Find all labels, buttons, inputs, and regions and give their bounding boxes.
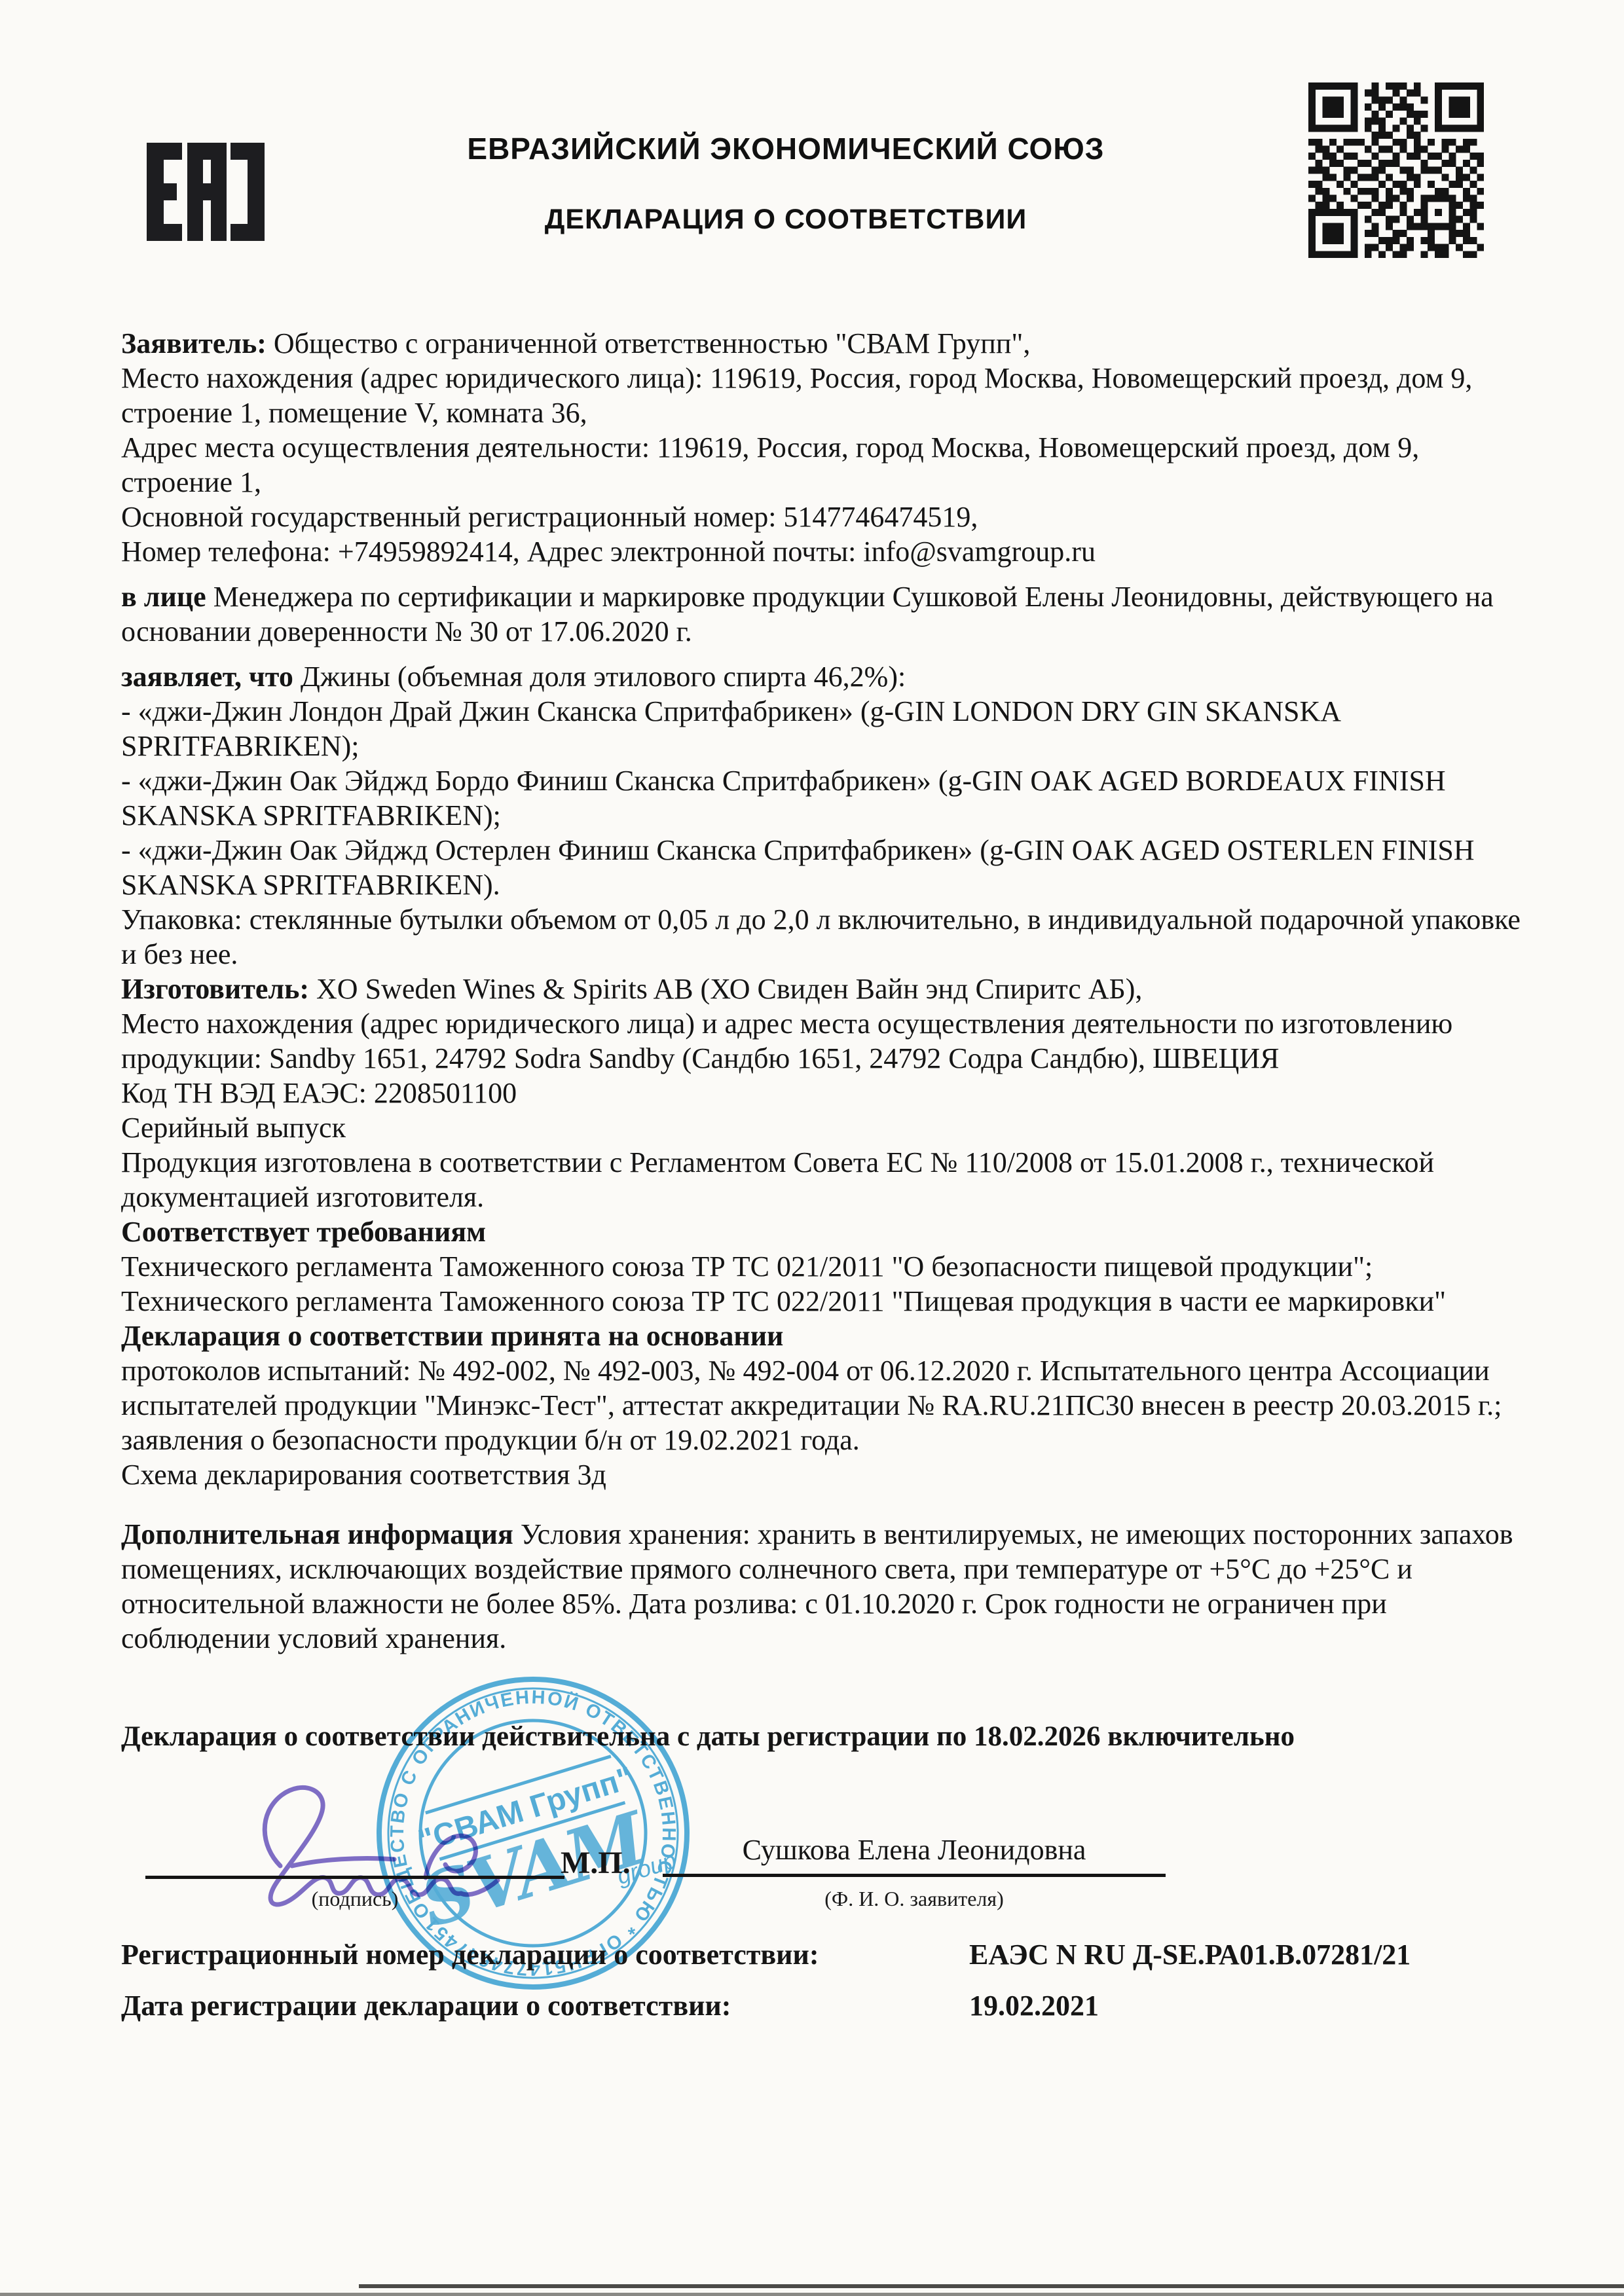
document-body: Заявитель: Общество с ограниченной ответ… <box>121 326 1524 1656</box>
applicant-activity-address: Адрес места осуществления деятельности: … <box>121 430 1524 500</box>
union-title: ЕВРАЗИЙСКИЙ ЭКОНОМИЧЕСКИЙ СОЮЗ <box>121 131 1450 166</box>
product-item: - «джи-Джин Лондон Драй Джин Сканска Спр… <box>121 694 1524 763</box>
applicant-label: Заявитель: <box>121 327 267 359</box>
applicant-fio-name: Сушкова Елена Леонидовна <box>663 1833 1166 1867</box>
registration-date-label: Дата регистрации декларации о соответств… <box>121 1990 731 2022</box>
scheme-line: Схема декларирования соответствия 3д <box>121 1457 1524 1492</box>
signature-caption: (подпись) <box>145 1887 564 1911</box>
declaration-intro-text: Джины (объемная доля этилового спирта 46… <box>293 661 906 693</box>
representative-line: в лице Менеджера по сертификации и марки… <box>121 579 1524 649</box>
document-title: ДЕКЛАРАЦИЯ О СООТВЕТСТВИИ <box>121 204 1450 236</box>
applicant-legal-address: Место нахождения (адрес юридического лиц… <box>121 361 1524 430</box>
regulation-line: Технического регламента Таможенного союз… <box>121 1284 1524 1319</box>
document-header: ЕВРАЗИЙСКИЙ ЭКОНОМИЧЕСКИЙ СОЮЗ ДЕКЛАРАЦИ… <box>121 131 1450 236</box>
declaration-label: заявляет, что <box>121 661 293 693</box>
product-item: - «джи-Джин Оак Эйджд Бордо Финиш Сканск… <box>121 763 1524 833</box>
registration-number-value: ЕАЭС N RU Д-SE.РА01.В.07281/21 <box>969 1938 1411 1971</box>
qr-code <box>1308 82 1484 258</box>
applicant-ogrn: Основной государственный регистрационный… <box>121 500 1524 534</box>
made-in-accordance-line: Продукция изготовлена в соответствии с Р… <box>121 1145 1524 1214</box>
product-item: - «джи-Джин Оак Эйджд Остерлен Финиш Ска… <box>121 833 1524 902</box>
representative-text: Менеджера по сертификации и маркировке п… <box>121 581 1494 647</box>
packaging-line: Упаковка: стеклянные бутылки объемом от … <box>121 902 1524 972</box>
fio-caption: (Ф. И. О. заявителя) <box>663 1887 1166 1911</box>
declaration-intro: заявляет, что Джины (объемная доля этило… <box>121 659 1524 694</box>
manufacturer-address: Место нахождения (адрес юридического лиц… <box>121 1006 1524 1076</box>
scan-artifact <box>359 2284 1624 2288</box>
signature-line <box>145 1876 564 1879</box>
basis-heading: Декларация о соответствии принята на осн… <box>121 1319 1524 1353</box>
manufacturer-name: XO Sweden Wines & Spirits AB (ХО Свиден … <box>309 973 1142 1005</box>
declaration-document-page: ЕВРАЗИЙСКИЙ ЭКОНОМИЧЕСКИЙ СОЮЗ ДЕКЛАРАЦИ… <box>0 0 1624 2296</box>
stamp-center-group: "СВАМ Групп" SVAM group <box>397 1745 679 1946</box>
applicant-contacts: Номер телефона: +74959892414, Адрес элек… <box>121 534 1524 569</box>
release-type-line: Серийный выпуск <box>121 1110 1524 1145</box>
manufacturer-line: Изготовитель: XO Sweden Wines & Spirits … <box>121 972 1524 1006</box>
fio-line <box>663 1874 1166 1877</box>
validity-line: Декларация о соответствии действительна … <box>121 1721 1524 1753</box>
stamp-place-label: М.П. <box>561 1845 631 1881</box>
registration-number-label: Регистрационный номер декларации о соотв… <box>121 1939 819 1971</box>
additional-info-line: Дополнительная информация Условия хранен… <box>121 1517 1524 1656</box>
scan-artifact <box>0 2293 1624 2296</box>
tnved-code-line: Код ТН ВЭД ЕАЭС: 2208501100 <box>121 1076 1524 1110</box>
additional-info-label: Дополнительная информация <box>121 1518 513 1550</box>
compliance-heading: Соответствует требованиям <box>121 1214 1524 1249</box>
manufacturer-label: Изготовитель: <box>121 973 309 1005</box>
applicant-name: Общество с ограниченной ответственностью… <box>267 327 1030 359</box>
regulation-line: Технического регламента Таможенного союз… <box>121 1249 1524 1284</box>
registration-number-row: Регистрационный номер декларации о соотв… <box>121 1938 1524 1971</box>
representative-label: в лице <box>121 581 206 613</box>
stamp-company-name: "СВАМ Групп" <box>415 1760 637 1859</box>
applicant-line: Заявитель: Общество с ограниченной ответ… <box>121 326 1524 361</box>
registration-date-value: 19.02.2021 <box>969 1989 1099 2022</box>
registration-date-row: Дата регистрации декларации о соответств… <box>121 1989 1524 2022</box>
basis-text: протоколов испытаний: № 492-002, № 492-0… <box>121 1353 1524 1457</box>
